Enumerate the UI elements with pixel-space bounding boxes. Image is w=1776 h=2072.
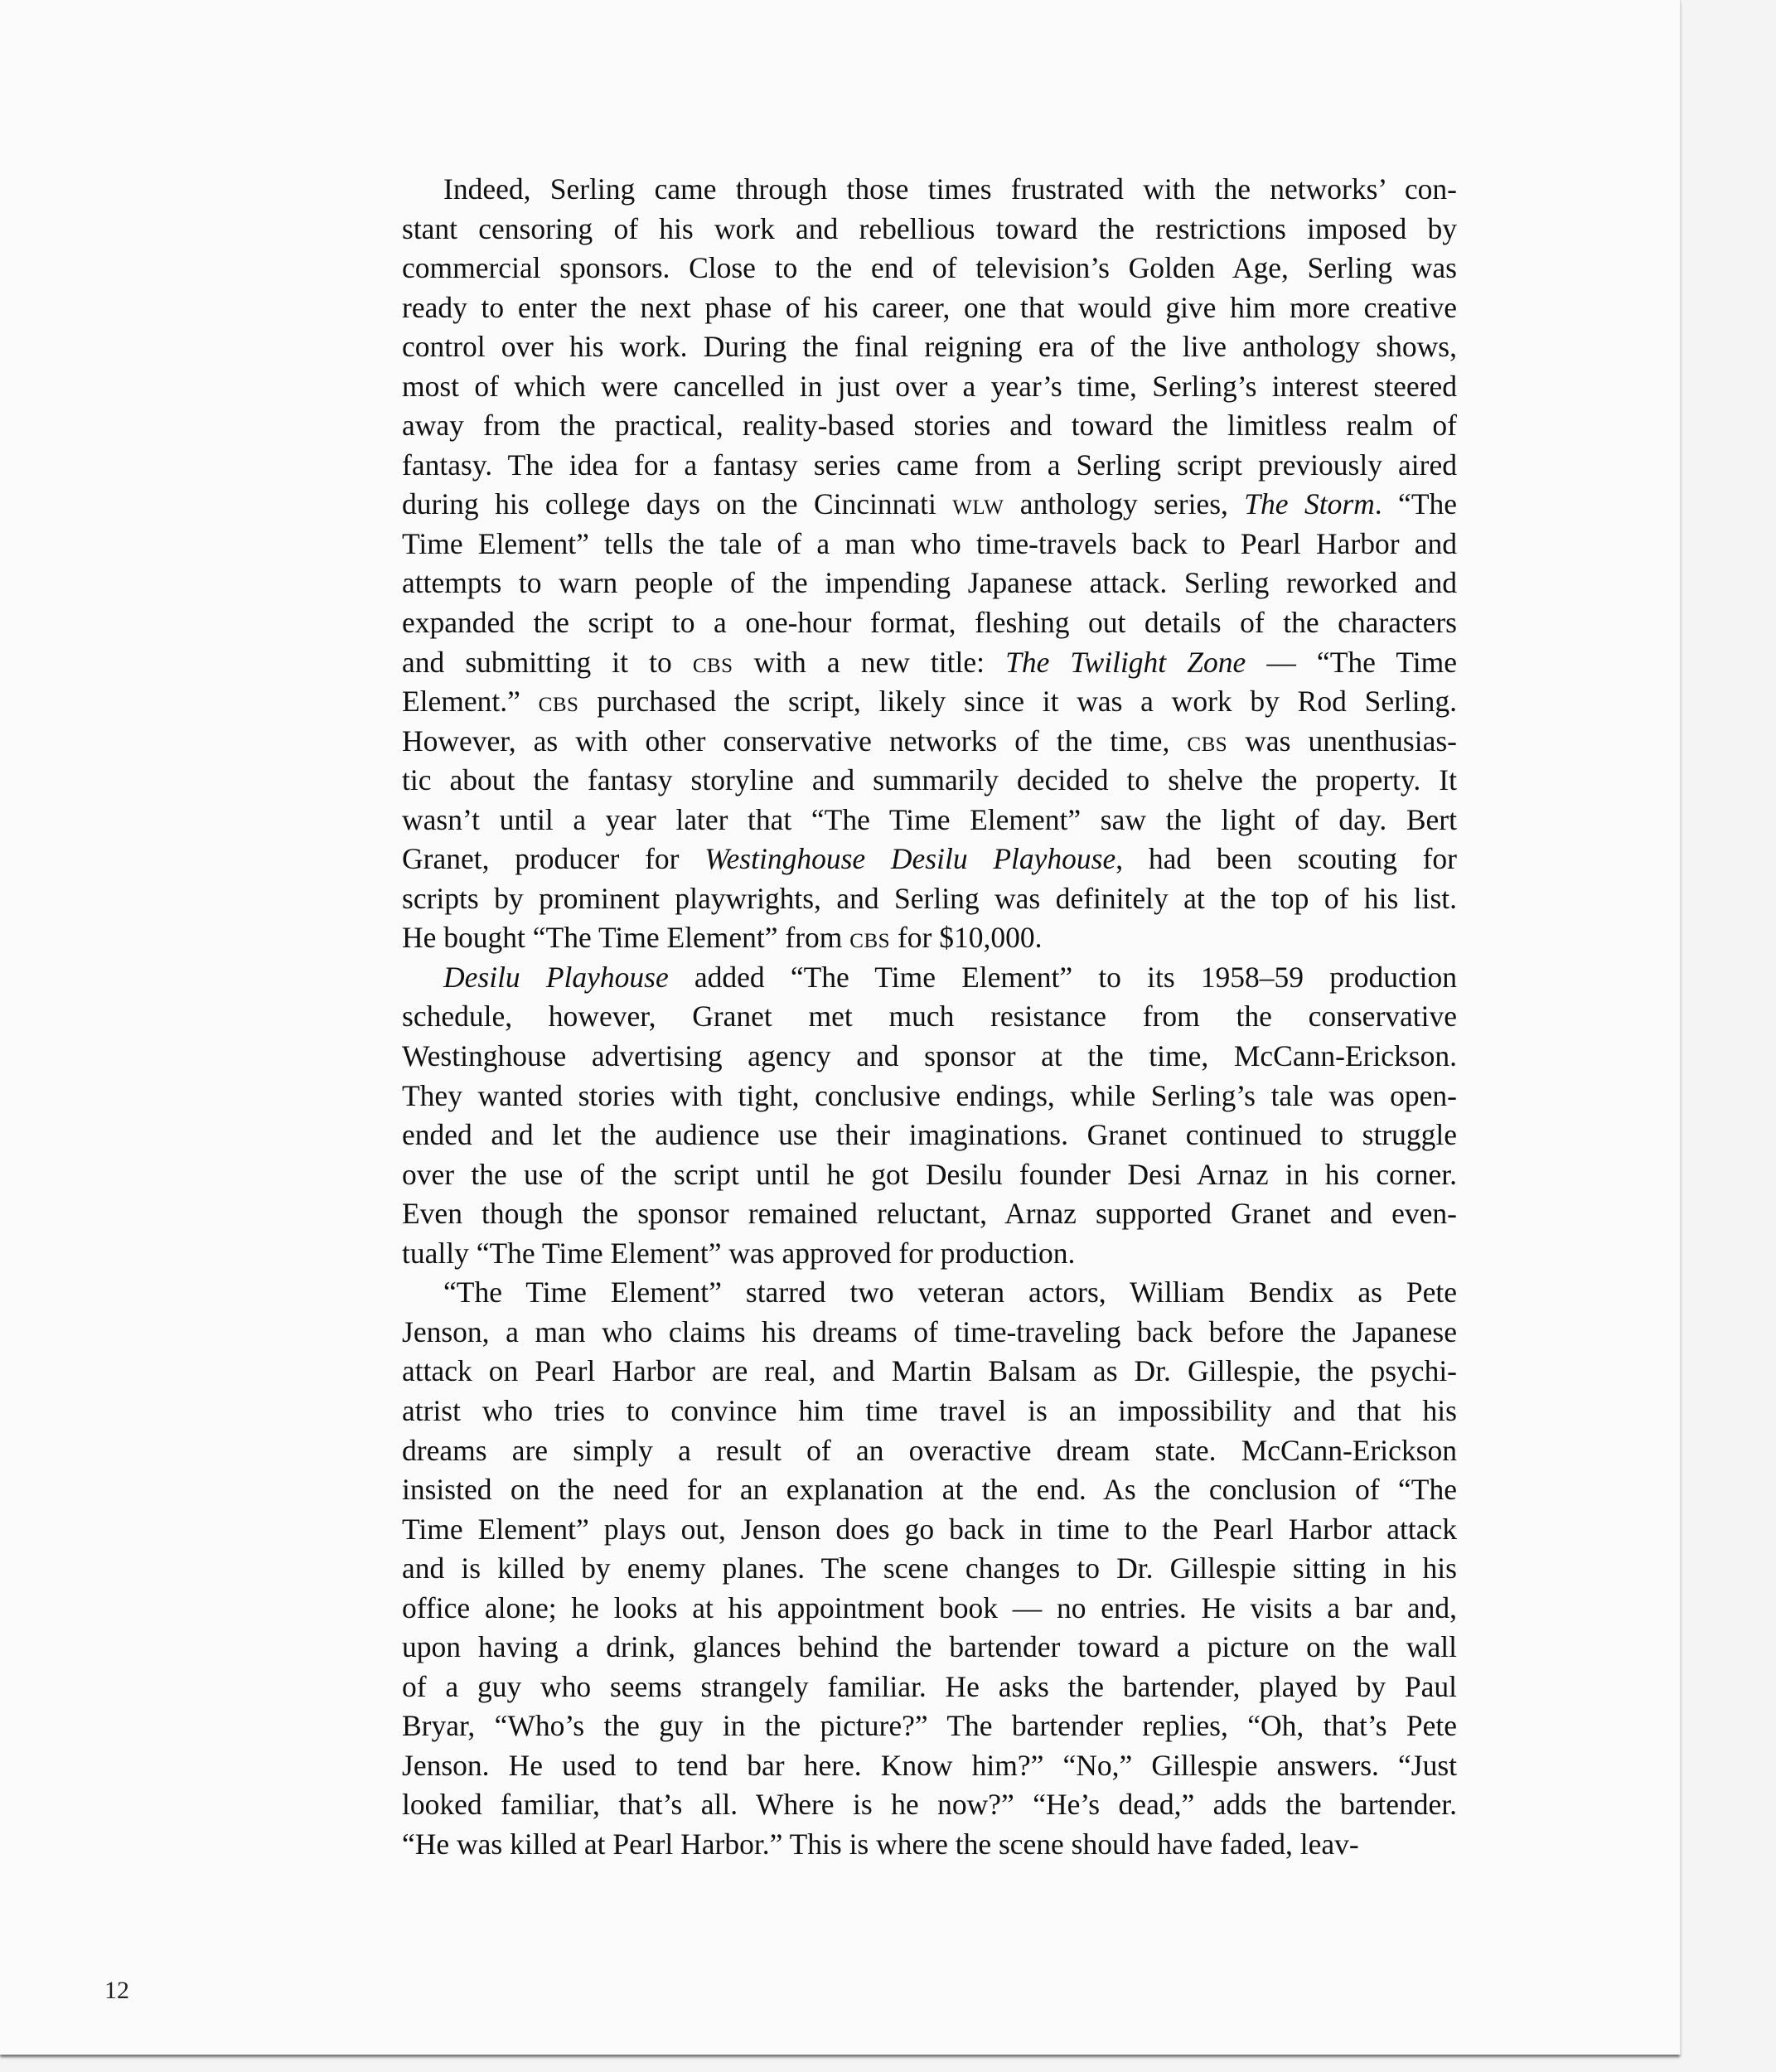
book-page: Indeed, Serling came through those times… <box>0 0 1680 2055</box>
text-line: insisted on the need for an explanation … <box>402 1470 1457 1510</box>
text-line: Bryar, “Who’s the guy in the picture?” T… <box>402 1706 1457 1746</box>
text-line: tic about the fantasy storyline and summ… <box>402 761 1457 801</box>
paragraph: “The Time Element” starred two veteran a… <box>402 1273 1457 1864</box>
text-line: Indeed, Serling came through those times… <box>402 170 1457 210</box>
text-line: stant censoring of his work and rebellio… <box>402 210 1457 249</box>
text-line: schedule, however, Granet met much resis… <box>402 997 1457 1037</box>
text-line: Jenson, a man who claims his dreams of t… <box>402 1313 1457 1353</box>
text-line: Desilu Playhouse added “The Time Element… <box>402 958 1457 998</box>
text-line: tually “The Time Element” was approved f… <box>402 1234 1457 1274</box>
text-line: scripts by prominent playwrights, and Se… <box>402 879 1457 919</box>
text-line: commercial sponsors. Close to the end of… <box>402 249 1457 288</box>
text-line: He bought “The Time Element” from cbs fo… <box>402 918 1457 958</box>
page-edge <box>1680 0 1681 2055</box>
text-line: Westinghouse advertising agency and spon… <box>402 1037 1457 1077</box>
text-line: They wanted stories with tight, conclusi… <box>402 1077 1457 1116</box>
text-line: attack on Pearl Harbor are real, and Mar… <box>402 1352 1457 1392</box>
text-line: attempts to warn people of the impending… <box>402 564 1457 603</box>
text-line: and submitting it to cbs with a new titl… <box>402 643 1457 683</box>
text-line: upon having a drink, glances behind the … <box>402 1628 1457 1668</box>
text-line: and is killed by enemy planes. The scene… <box>402 1549 1457 1589</box>
text-line: fantasy. The idea for a fantasy series c… <box>402 446 1457 486</box>
text-line: control over his work. During the final … <box>402 327 1457 367</box>
paragraph: Desilu Playhouse added “The Time Element… <box>402 958 1457 1273</box>
text-line: Time Element” plays out, Jenson does go … <box>402 1510 1457 1550</box>
text-line: most of which were cancelled in just ove… <box>402 367 1457 407</box>
text-line: Element.” cbs purchased the script, like… <box>402 682 1457 722</box>
text-line: dreams are simply a result of an overact… <box>402 1431 1457 1471</box>
text-line: “He was killed at Pearl Harbor.” This is… <box>402 1825 1457 1865</box>
text-line: However, as with other conservative netw… <box>402 722 1457 762</box>
paragraph: Indeed, Serling came through those times… <box>402 170 1457 958</box>
text-line: away from the practical, reality-based s… <box>402 406 1457 446</box>
text-line: office alone; he looks at his appointmen… <box>402 1589 1457 1629</box>
text-line: ready to enter the next phase of his car… <box>402 288 1457 328</box>
body-text: Indeed, Serling came through those times… <box>402 170 1457 1865</box>
text-line: atrist who tries to convince him time tr… <box>402 1392 1457 1431</box>
text-line: expanded the script to a one-hour format… <box>402 603 1457 643</box>
text-line: over the use of the script until he got … <box>402 1155 1457 1195</box>
page-number: 12 <box>104 1977 129 2005</box>
text-line: wasn’t until a year later that “The Time… <box>402 801 1457 840</box>
text-line: “The Time Element” starred two veteran a… <box>402 1273 1457 1313</box>
text-line: Jenson. He used to tend bar here. Know h… <box>402 1746 1457 1786</box>
text-line: looked familiar, that’s all. Where is he… <box>402 1785 1457 1825</box>
text-line: Time Element” tells the tale of a man wh… <box>402 525 1457 564</box>
text-line: during his college days on the Cincinnat… <box>402 485 1457 525</box>
text-line: ended and let the audience use their ima… <box>402 1116 1457 1155</box>
text-line: Granet, producer for Westinghouse Desilu… <box>402 840 1457 879</box>
text-line: of a guy who seems strangely familiar. H… <box>402 1668 1457 1707</box>
text-line: Even though the sponsor remained relucta… <box>402 1194 1457 1234</box>
